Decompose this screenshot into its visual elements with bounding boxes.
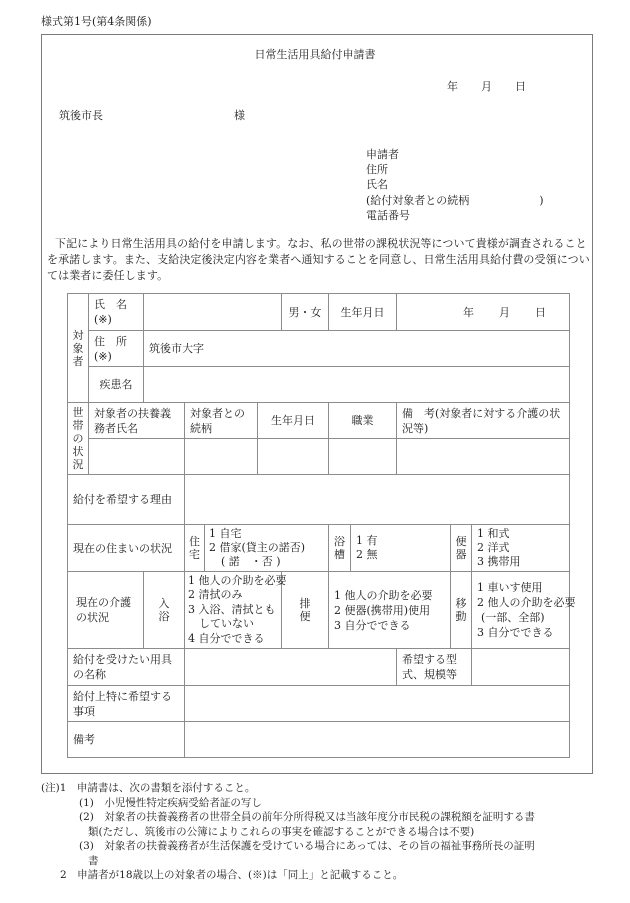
bathing-label: 入浴: [144, 572, 185, 649]
excretion-option-3[interactable]: 3 自分でできる: [334, 618, 445, 633]
subject-sex-select[interactable]: 男・女: [282, 294, 329, 331]
household-occupation-input[interactable]: [329, 439, 397, 475]
household-header-birthdate: 生年月日: [258, 403, 329, 439]
form-number-label: 様式第1号(第4条関係): [41, 15, 152, 30]
mobility-option-2-detail[interactable]: (一部、全部): [477, 610, 564, 625]
special-request-input[interactable]: [185, 686, 570, 722]
household-birthdate-input[interactable]: [258, 439, 329, 475]
note-1-sub-1: (1) 小児慢性特定疾病受給者証の写し: [41, 796, 601, 811]
housing-label: 住宅: [185, 525, 205, 572]
household-header-guardian-name: 対象者の扶養義務者氏名: [89, 403, 185, 439]
note-1-sub-3: (3) 対象者の扶養義務者が生活保護を受けている場合にあっては、その旨の福祉事務…: [41, 839, 601, 854]
applicant-relation-field[interactable]: (給付対象者との続柄): [366, 193, 544, 208]
subject-birth-input[interactable]: 年月日: [397, 294, 570, 331]
note-1-sub-3-cont: 書: [41, 854, 601, 869]
relation-label: (給付対象者との続柄: [366, 194, 469, 207]
date-day: 日: [515, 80, 549, 95]
reason-input[interactable]: [185, 475, 570, 525]
equipment-model-label: 希望する型式、規模等: [397, 649, 472, 686]
applicant-heading: 申請者: [366, 147, 544, 162]
household-header-remarks: 備 考(対象者に対する介護の状況等): [397, 403, 570, 439]
household-section-label: 世帯の状況: [68, 403, 89, 475]
bathing-option-3[interactable]: 3 入浴、清拭ともしていない: [188, 603, 278, 632]
excretion-option-1[interactable]: 1 他人の介助を必要: [334, 588, 445, 603]
excretion-option-2[interactable]: 2 便器(携帯用)使用: [334, 603, 445, 618]
subject-section-label: 対象者: [68, 294, 89, 403]
date-month: 月: [481, 80, 515, 95]
bathing-option-2[interactable]: 2 清拭のみ: [188, 588, 278, 603]
household-relation-input[interactable]: [185, 439, 258, 475]
application-date[interactable]: 年月日: [447, 80, 549, 95]
subject-name-input[interactable]: [144, 294, 282, 331]
equipment-name-input[interactable]: [185, 649, 397, 686]
bathing-option-1[interactable]: 1 他人の介助を必要: [188, 574, 278, 589]
housing-option-consent[interactable]: ( 諾 ・否 ): [209, 555, 324, 569]
excretion-options[interactable]: 1 他人の介助を必要 2 便器(携帯用)使用 3 自分でできる: [329, 572, 451, 649]
applicant-name-field[interactable]: 氏名: [366, 177, 544, 192]
notes-section: (注)1 申請書は、次の書類を添付すること。 (1) 小児慢性特定疾病受給者証の…: [41, 781, 601, 883]
remarks-input[interactable]: [185, 722, 570, 758]
addressee-name: 筑後市長: [59, 109, 103, 124]
note-2: 2 申請者が18歳以上の対象者の場合、(※)は「同上」と記載すること。: [41, 868, 601, 883]
applicant-block: 申請者 住所 氏名 (給付対象者との続柄) 電話番号: [366, 147, 544, 223]
care-label: 現在の介護の状況: [68, 572, 144, 649]
residence-label: 現在の住まいの状況: [68, 525, 185, 572]
subject-disease-label: 疾患名: [89, 367, 144, 403]
relation-close: ): [539, 193, 543, 208]
mobility-option-2[interactable]: 2 他人の介助を必要: [477, 595, 564, 610]
subject-disease-input[interactable]: [144, 367, 570, 403]
reason-label: 給付を希望する理由: [68, 475, 185, 525]
household-remarks-input[interactable]: [397, 439, 570, 475]
toilet-option-japanese[interactable]: 1 和式: [477, 527, 564, 541]
bathing-options[interactable]: 1 他人の介助を必要 2 清拭のみ 3 入浴、清拭ともしていない 4 自分ででき…: [185, 572, 282, 649]
toilet-options[interactable]: 1 和式 2 洋式 3 携帯用: [472, 525, 570, 572]
subject-birth-label: 生年月日: [329, 294, 397, 331]
housing-option-own[interactable]: 1 自宅: [209, 527, 324, 541]
bathtub-options[interactable]: 1 有 2 無: [351, 525, 451, 572]
subject-address-label: 住 所(※): [89, 331, 144, 367]
toilet-label: 便器: [451, 525, 472, 572]
note-1-sub-2-cont: 類(ただし、筑後市の公簿によりこれらの事実を確認することができる場合は不要): [41, 825, 601, 840]
note-1-sub-2: (2) 対象者の扶養義務者の世帯全員の前年分所得税又は当該年度分市民税の課税額を…: [41, 810, 601, 825]
note-1: (注)1 申請書は、次の書類を添付すること。: [41, 781, 601, 796]
bathtub-option-no[interactable]: 2 無: [356, 548, 445, 562]
subject-name-label: 氏 名(※): [89, 294, 144, 331]
housing-option-rent[interactable]: 2 借家(貸主の諾否): [209, 541, 324, 555]
subject-address-input[interactable]: 筑後市大字: [144, 331, 570, 367]
mobility-label: 移動: [451, 572, 472, 649]
special-request-label: 給付上特に希望する事項: [68, 686, 185, 722]
equipment-name-label: 給付を受けたい用具の名称: [68, 649, 185, 686]
household-guardian-name-input[interactable]: [89, 439, 185, 475]
addressee-honorific: 様: [234, 109, 245, 124]
application-table: 対象者 氏 名(※) 男・女 生年月日 年月日 住 所(※) 筑後市大字 疾患名…: [67, 293, 570, 758]
bathtub-option-yes[interactable]: 1 有: [356, 534, 445, 548]
form-title: 日常生活用具給付申請書: [0, 48, 630, 63]
applicant-phone-field[interactable]: 電話番号: [366, 208, 544, 223]
bathing-option-4[interactable]: 4 自分でできる: [188, 632, 278, 647]
applicant-address-field[interactable]: 住所: [366, 162, 544, 177]
date-year: 年: [447, 80, 481, 95]
toilet-option-portable[interactable]: 3 携帯用: [477, 555, 564, 569]
household-header-relation: 対象者との続柄: [185, 403, 258, 439]
mobility-option-1[interactable]: 1 車いす使用: [477, 580, 564, 595]
mobility-option-3[interactable]: 3 自分でできる: [477, 625, 564, 640]
excretion-label: 排便: [282, 572, 329, 649]
application-statement: 下記により日常生活用具の給付を申請します。なお、私の世帯の課税状況等について貴様…: [47, 236, 592, 284]
remarks-label: 備考: [68, 722, 185, 758]
toilet-option-western[interactable]: 2 洋式: [477, 541, 564, 555]
household-header-occupation: 職業: [329, 403, 397, 439]
housing-options[interactable]: 1 自宅 2 借家(貸主の諾否) ( 諾 ・否 ): [205, 525, 329, 572]
equipment-model-input[interactable]: [472, 649, 570, 686]
mobility-options[interactable]: 1 車いす使用 2 他人の介助を必要 (一部、全部) 3 自分でできる: [472, 572, 570, 649]
bathtub-label: 浴槽: [329, 525, 351, 572]
